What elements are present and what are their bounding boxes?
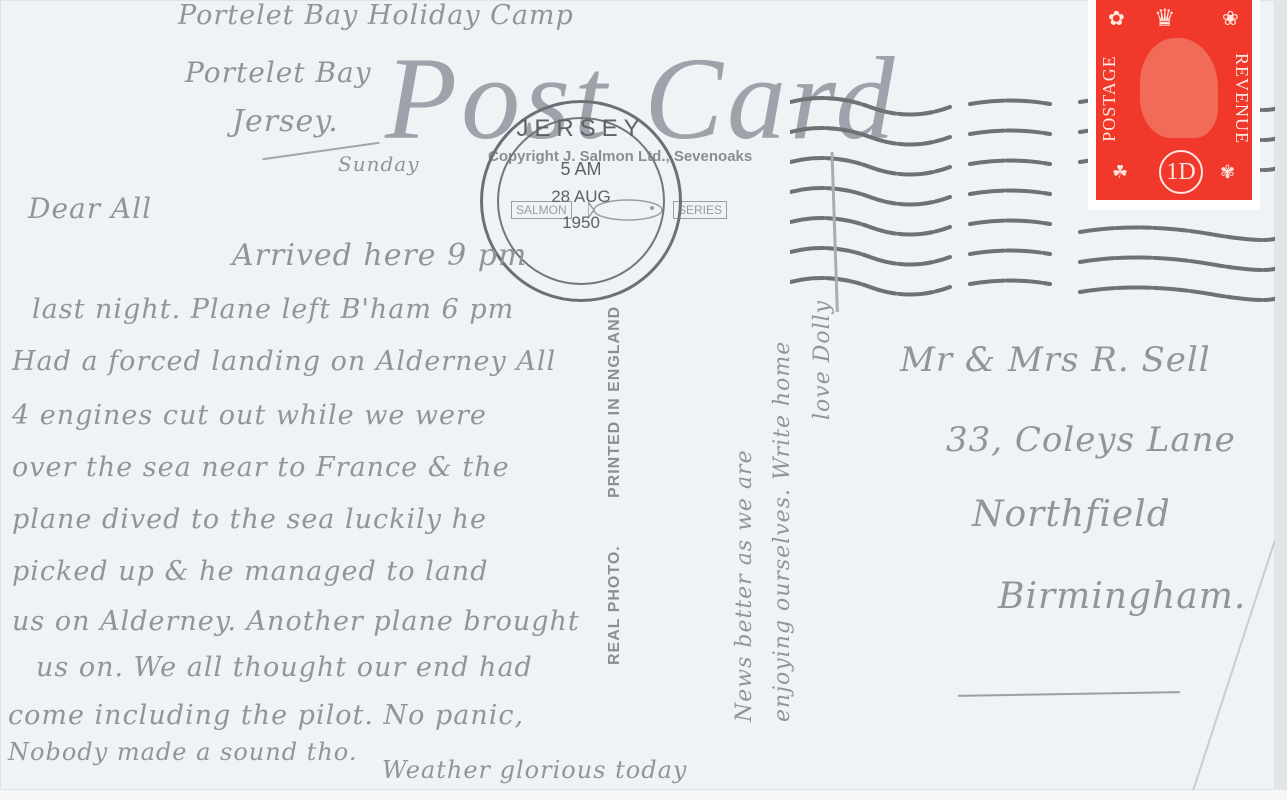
sender-address-line3: Jersey.	[232, 104, 339, 139]
postmark-year: 1950	[483, 213, 679, 233]
recipient-name: Mr & Mrs R. Sell	[900, 340, 1211, 380]
postmark-town: JERSEY	[483, 115, 679, 143]
card-edge	[1275, 0, 1287, 800]
real-photo-label: REAL PHOTO.	[606, 545, 624, 665]
postmark-date: 28 AUG	[483, 187, 679, 207]
shamrock-icon: ☘	[1112, 162, 1128, 183]
daffodil-icon: ✾	[1220, 162, 1235, 183]
message-line: Arrived here 9 pm	[232, 238, 527, 273]
stamp-revenue-text: REVENUE	[1231, 53, 1252, 144]
sender-day: Sunday	[338, 152, 420, 176]
message-line: us on. We all thought our end had	[36, 652, 533, 683]
message-line: come including the pilot. No panic,	[8, 700, 524, 731]
message-line: Had a forced landing on Alderney All	[12, 346, 556, 377]
side-message-signoff: love Dolly	[810, 300, 835, 420]
message-line: 4 engines cut out while we were	[12, 400, 487, 431]
postcard-back: Post Card Copyright J. Salmon Ltd., Seve…	[0, 0, 1275, 790]
printed-in-england-label: PRINTED IN ENGLAND	[606, 306, 624, 498]
message-line: over the sea near to France & the	[12, 452, 510, 483]
stamp-postage-text: POSTAGE	[1099, 55, 1120, 142]
recipient-district: Northfield	[972, 494, 1171, 535]
side-message-line: News better as we are	[732, 449, 757, 722]
stamp-value: 1D	[1159, 150, 1203, 194]
message-line: picked up & he managed to land	[12, 556, 488, 587]
thistle-icon: ❀	[1222, 6, 1239, 31]
postmark-time: 5 AM	[483, 159, 679, 180]
card-bottom-edge	[0, 790, 1287, 800]
rose-icon: ✿	[1108, 6, 1125, 31]
message-line: plane dived to the sea luckily he	[12, 504, 487, 535]
side-message-line: enjoying ourselves. Write home	[770, 341, 795, 722]
postage-stamp: ♛ ✿ ❀ POSTAGE REVENUE 1D ☘ ✾	[1088, 0, 1260, 210]
king-portrait	[1140, 38, 1218, 138]
message-line: us on Alderney. Another plane brought	[12, 606, 580, 637]
paper-crease	[1180, 540, 1280, 800]
crown-icon: ♛	[1154, 4, 1176, 33]
sender-address-line2: Portelet Bay	[185, 56, 372, 89]
message-greeting: Dear All	[28, 192, 152, 225]
recipient-street: 33, Coleys Lane	[946, 420, 1236, 460]
address-divider-line	[958, 691, 1180, 697]
message-line: last night. Plane left B'ham 6 pm	[32, 294, 514, 325]
message-line: Nobody made a sound tho.	[8, 738, 357, 766]
message-line: Weather glorious today	[382, 756, 687, 784]
sender-address-line1: Portelet Bay Holiday Camp	[178, 0, 574, 31]
